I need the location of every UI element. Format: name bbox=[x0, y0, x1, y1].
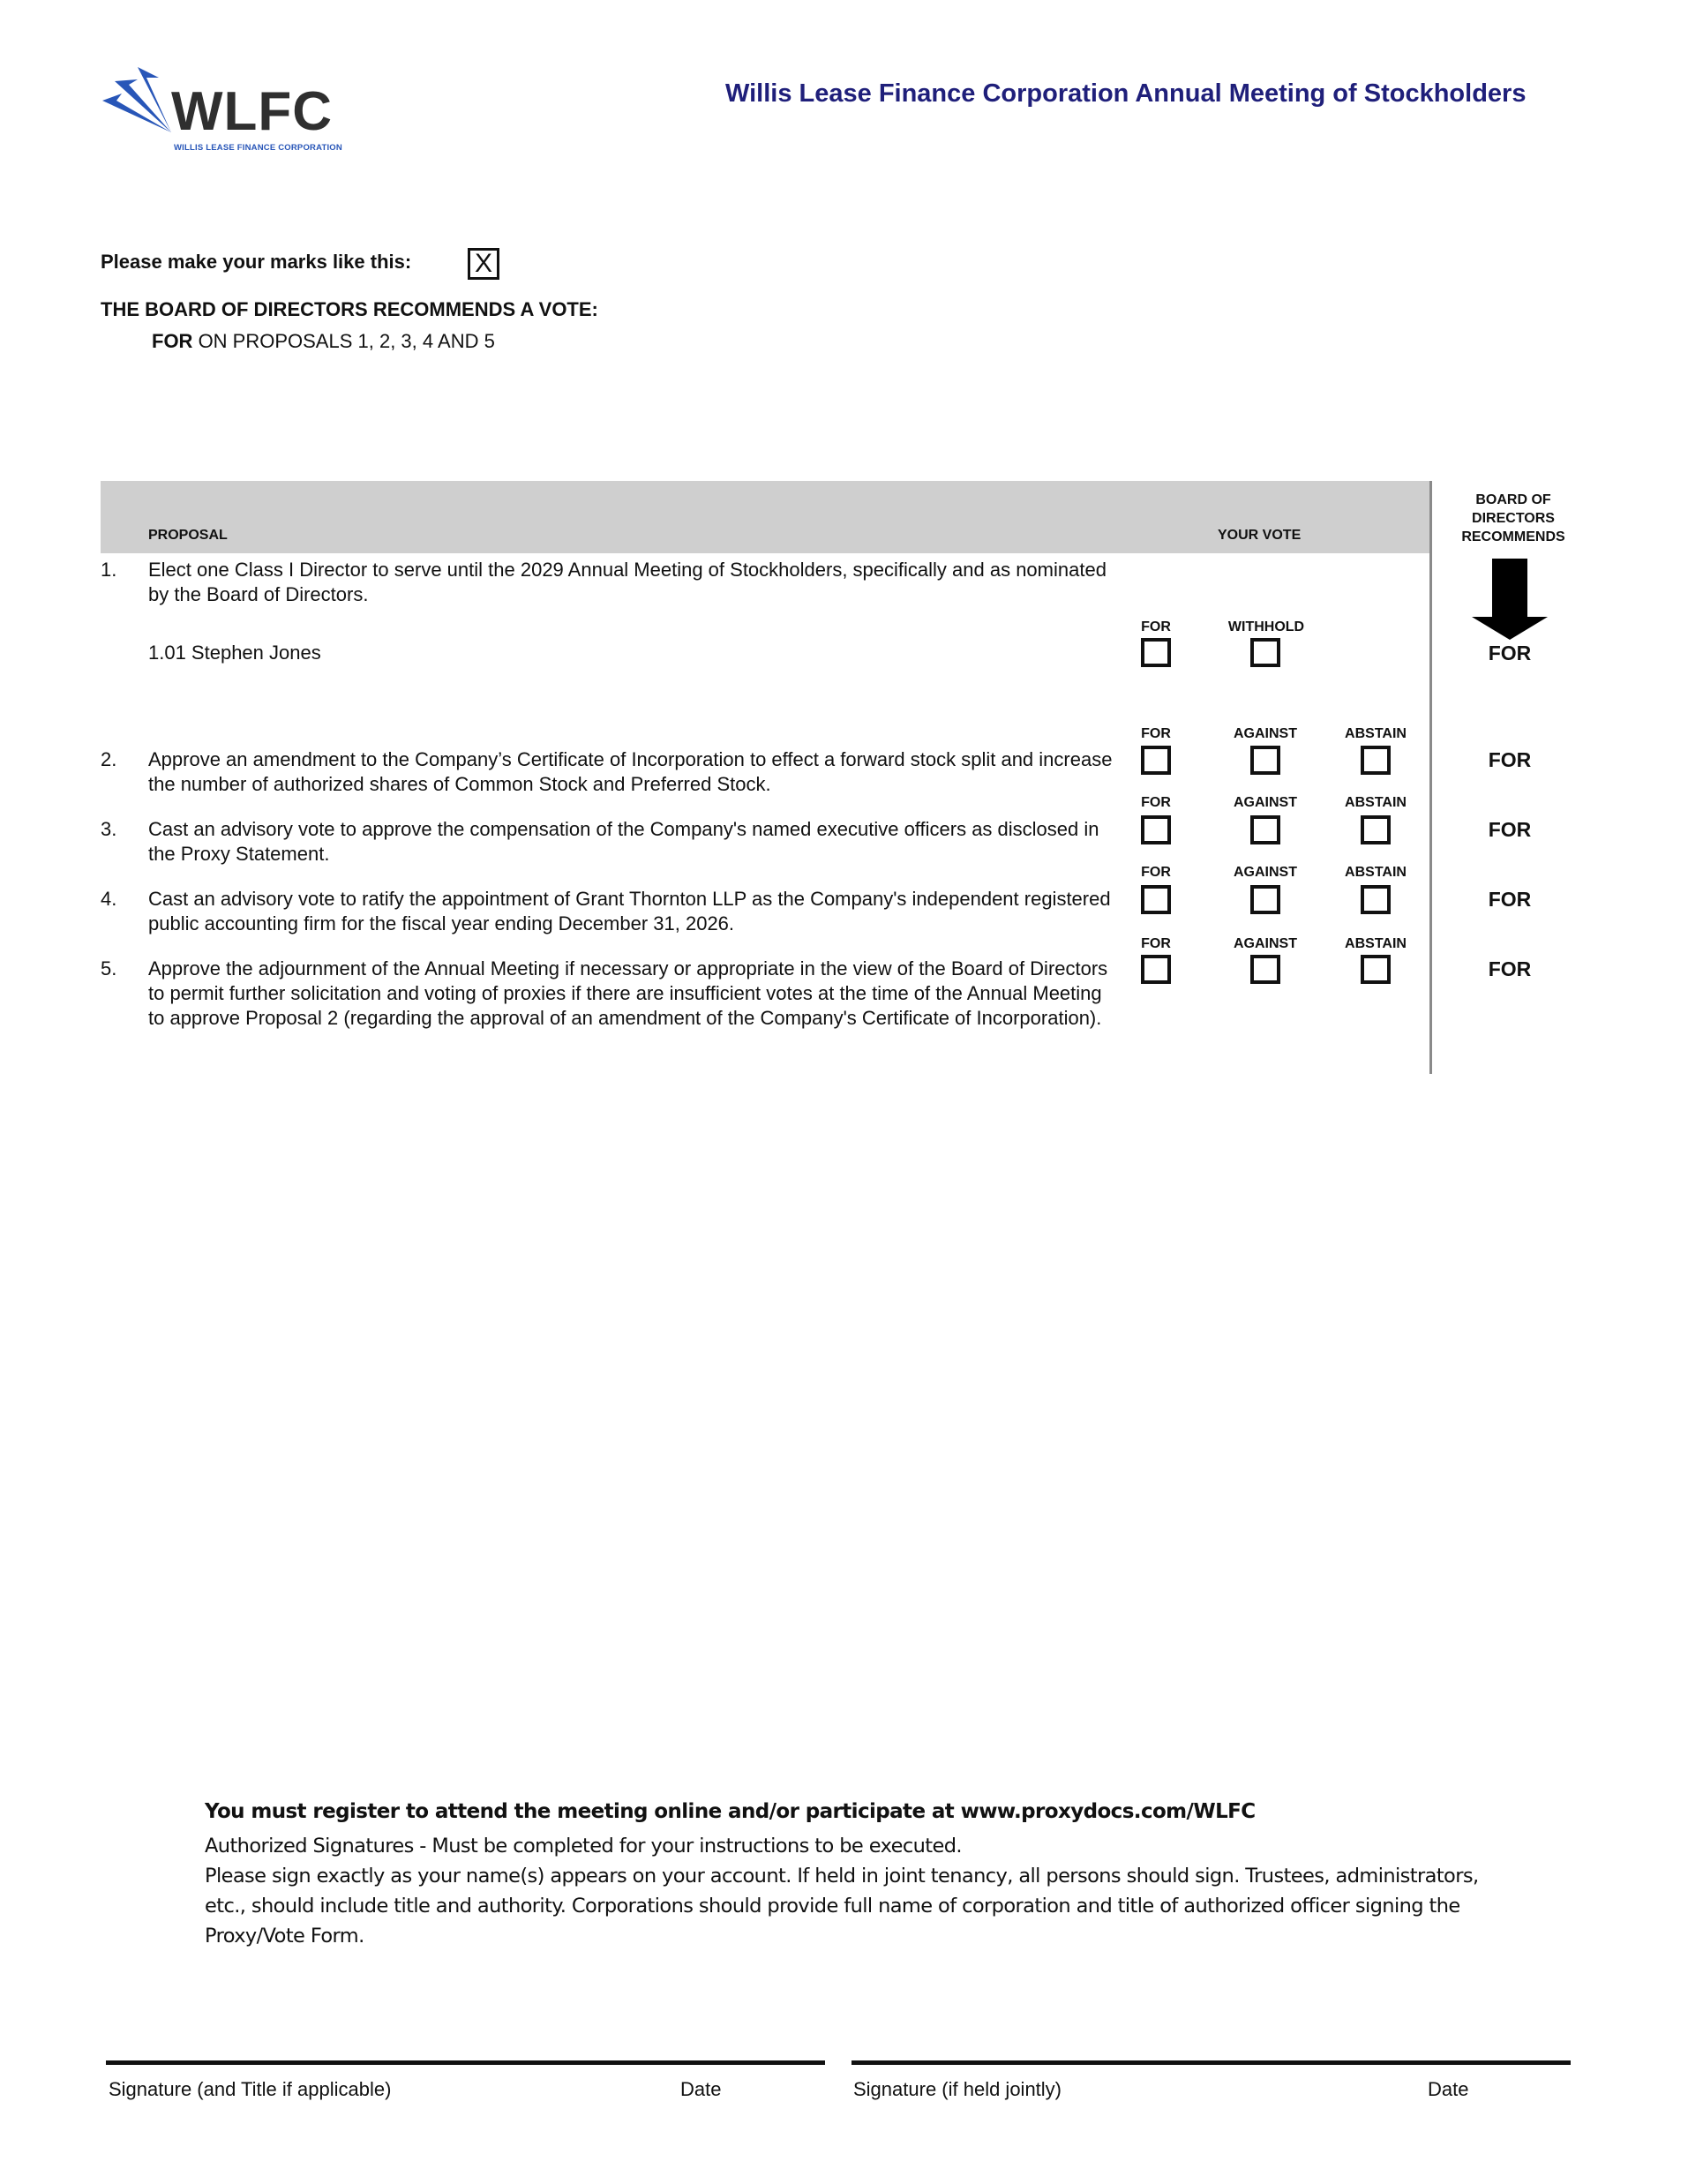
recommendation-heading: THE BOARD OF DIRECTORS RECOMMENDS A VOTE… bbox=[101, 298, 598, 321]
wlfc-logo-icon bbox=[101, 67, 176, 138]
proposal-4-number: 4. bbox=[101, 888, 116, 911]
proposal-4-abstain-checkbox[interactable] bbox=[1361, 885, 1391, 914]
marks-instruction-label: Please make your marks like this: bbox=[101, 251, 411, 274]
proposal-2-abstain-checkbox[interactable] bbox=[1361, 746, 1391, 775]
signature-line-2[interactable] bbox=[852, 2060, 1571, 2065]
column-header-proposal: PROPOSAL bbox=[148, 528, 228, 544]
proposal-3-against-checkbox[interactable] bbox=[1250, 815, 1280, 844]
proposal-1-for-label: FOR bbox=[1107, 619, 1204, 635]
proposal-1-withhold-label: WITHHOLD bbox=[1218, 619, 1315, 635]
proposal-1-nominee: 1.01 Stephen Jones bbox=[148, 641, 1119, 665]
proposal-5-number: 5. bbox=[101, 957, 116, 980]
signature-1-label: Signature (and Title if applicable) bbox=[109, 2078, 391, 2101]
proposal-1-withhold-checkbox[interactable] bbox=[1250, 638, 1280, 667]
proposal-2-against-label: AGAINST bbox=[1217, 726, 1314, 742]
proposal-4-for-label: FOR bbox=[1107, 865, 1204, 881]
proposal-4-for-checkbox[interactable] bbox=[1141, 885, 1171, 914]
proposal-2-text: Approve an amendment to the Company’s Ce… bbox=[148, 747, 1119, 797]
proposal-5-against-label: AGAINST bbox=[1217, 936, 1314, 952]
recommendation-proposals: ON PROPOSALS 1, 2, 3, 4 AND 5 bbox=[192, 330, 494, 352]
signature-2-label: Signature (if held jointly) bbox=[853, 2078, 1062, 2101]
proposal-5-against-checkbox[interactable] bbox=[1250, 955, 1280, 984]
proposal-2-abstain-label: ABSTAIN bbox=[1327, 726, 1424, 742]
proposal-3-abstain-label: ABSTAIN bbox=[1327, 795, 1424, 811]
proposal-5-for-checkbox[interactable] bbox=[1141, 955, 1171, 984]
column-header-your-vote: YOUR VOTE bbox=[1218, 528, 1301, 544]
sample-marked-checkbox: X bbox=[468, 248, 499, 280]
proposal-4-against-checkbox[interactable] bbox=[1250, 885, 1280, 914]
proposal-3-recommendation: FOR bbox=[1457, 818, 1563, 842]
proposal-1-recommendation: FOR bbox=[1457, 642, 1563, 665]
proposal-4-recommendation: FOR bbox=[1457, 888, 1563, 912]
proposal-3-for-label: FOR bbox=[1107, 795, 1204, 811]
recommendation-line: FOR ON PROPOSALS 1, 2, 3, 4 AND 5 bbox=[152, 330, 495, 353]
proposal-2-number: 2. bbox=[101, 748, 116, 771]
proposal-4-text: Cast an advisory vote to ratify the appo… bbox=[148, 887, 1119, 936]
register-notice: You must register to attend the meeting … bbox=[205, 1800, 1256, 1823]
date-2-label: Date bbox=[1428, 2078, 1468, 2101]
page-title: Willis Lease Finance Corporation Annual … bbox=[725, 79, 1526, 109]
proposal-4-against-label: AGAINST bbox=[1217, 865, 1314, 881]
signature-line-1[interactable] bbox=[106, 2060, 825, 2065]
column-divider bbox=[1429, 481, 1432, 1074]
proposal-2-against-checkbox[interactable] bbox=[1250, 746, 1280, 775]
proposal-1-number: 1. bbox=[101, 559, 116, 582]
recommendation-for: FOR bbox=[152, 330, 192, 352]
logo-subtitle: WILLIS LEASE FINANCE CORPORATION bbox=[174, 143, 342, 153]
proposal-3-for-checkbox[interactable] bbox=[1141, 815, 1171, 844]
proposal-5-abstain-checkbox[interactable] bbox=[1361, 955, 1391, 984]
logo-wordmark: WLFC bbox=[171, 85, 333, 139]
proposal-1-text: Elect one Class I Director to serve unti… bbox=[148, 558, 1119, 607]
proposal-5-abstain-label: ABSTAIN bbox=[1327, 936, 1424, 952]
proposal-2-for-checkbox[interactable] bbox=[1141, 746, 1171, 775]
proposal-2-recommendation: FOR bbox=[1457, 748, 1563, 772]
proposal-5-for-label: FOR bbox=[1107, 936, 1204, 952]
proposal-2-for-label: FOR bbox=[1107, 726, 1204, 742]
signature-instructions: Authorized Signatures - Must be complete… bbox=[205, 1831, 1484, 1951]
proposal-3-abstain-checkbox[interactable] bbox=[1361, 815, 1391, 844]
proposal-5-recommendation: FOR bbox=[1457, 957, 1563, 981]
proposal-3-number: 3. bbox=[101, 818, 116, 841]
date-1-label: Date bbox=[680, 2078, 721, 2101]
proposal-4-abstain-label: ABSTAIN bbox=[1327, 865, 1424, 881]
proposal-5-text: Approve the adjournment of the Annual Me… bbox=[148, 957, 1119, 1031]
column-header-board-recommends: BOARD OF DIRECTORS RECOMMENDS bbox=[1438, 491, 1588, 546]
proposal-3-against-label: AGAINST bbox=[1217, 795, 1314, 811]
authorized-signatures-note: Authorized Signatures - Must be complete… bbox=[205, 1831, 1484, 1861]
sign-exactly-note: Please sign exactly as your name(s) appe… bbox=[205, 1861, 1484, 1951]
arrow-down-icon bbox=[1472, 559, 1548, 640]
proposal-3-text: Cast an advisory vote to approve the com… bbox=[148, 817, 1119, 867]
proposal-1-for-checkbox[interactable] bbox=[1141, 638, 1171, 667]
